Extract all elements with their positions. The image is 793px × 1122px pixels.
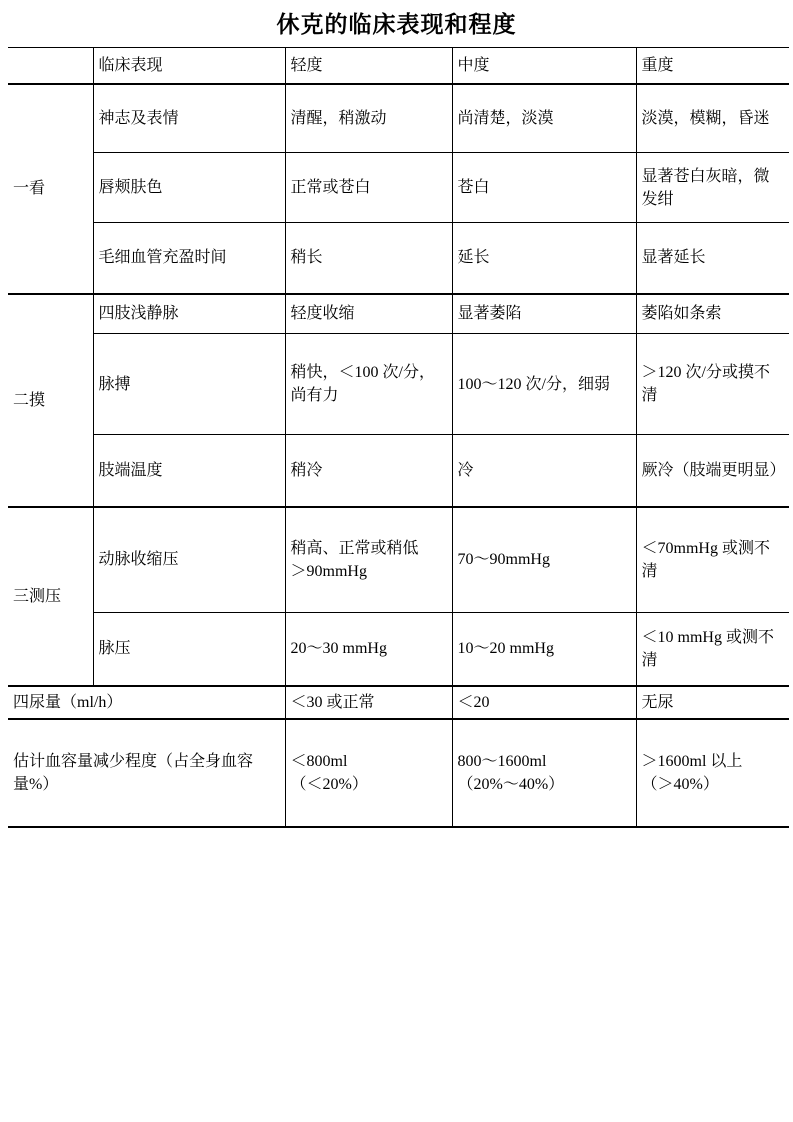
label-cell: 脉压 xyxy=(93,613,285,686)
table-row: 肢端温度 稍冷 冷 厥冷（肢端更明显） xyxy=(8,435,789,507)
value-cell-mild: 稍长 xyxy=(285,223,452,294)
label-cell: 四尿量（ml/h） xyxy=(8,686,285,719)
header-cell-group xyxy=(8,48,93,84)
urine-output-row: 四尿量（ml/h） ＜30 或正常 ＜20 无尿 xyxy=(8,686,789,719)
value-cell-severe: 淡漠，模糊，昏迷 xyxy=(636,84,789,153)
header-cell-moderate: 中度 xyxy=(452,48,636,84)
table-row: 毛细血管充盈时间 稍长 延长 显著延长 xyxy=(8,223,789,294)
group-cell-sanceya: 三测压 xyxy=(8,507,93,686)
table-row: 脉压 20～30 mmHg 10～20 mmHg ＜10 mmHg 或测不清 xyxy=(8,613,789,686)
value-cell-mild: 20～30 mmHg xyxy=(285,613,452,686)
label-cell: 脉搏 xyxy=(93,334,285,435)
value-cell-mild: 稍快，＜100 次/分， 尚有力 xyxy=(285,334,452,435)
value-cell-severe: 萎陷如条索 xyxy=(636,294,789,334)
blood-volume-row: 估计血容量减少程度（占全身血容量%） ＜800ml （＜20%） 800～160… xyxy=(8,719,789,827)
table-row: 二摸 四肢浅静脉 轻度收缩 显著萎陷 萎陷如条索 xyxy=(8,294,789,334)
label-cell: 估计血容量减少程度（占全身血容量%） xyxy=(8,719,285,827)
value-cell-moderate: 100～120 次/分，细弱 xyxy=(452,334,636,435)
value-cell-mild: 稍冷 xyxy=(285,435,452,507)
value-cell-mild: ＜30 或正常 xyxy=(285,686,452,719)
label-cell: 四肢浅静脉 xyxy=(93,294,285,334)
value-cell-mild: 清醒，稍激动 xyxy=(285,84,452,153)
table-row: 脉搏 稍快，＜100 次/分， 尚有力 100～120 次/分，细弱 ＞120 … xyxy=(8,334,789,435)
value-cell-mild: 稍高、正常或稍低 ＞90mmHg xyxy=(285,507,452,613)
header-row: 临床表现 轻度 中度 重度 xyxy=(8,48,789,84)
value-cell-moderate: ＜20 xyxy=(452,686,636,719)
group-cell-yikan: 一看 xyxy=(8,84,93,294)
value-cell-severe: 显著苍白灰暗，微发绀 xyxy=(636,153,789,223)
value-cell-moderate: 延长 xyxy=(452,223,636,294)
value-cell-moderate: 10～20 mmHg xyxy=(452,613,636,686)
value-cell-severe: ＞120 次/分或摸不清 xyxy=(636,334,789,435)
value-cell-severe: ＜10 mmHg 或测不清 xyxy=(636,613,789,686)
value-cell-moderate: 显著萎陷 xyxy=(452,294,636,334)
label-cell: 毛细血管充盈时间 xyxy=(93,223,285,294)
header-cell-mild: 轻度 xyxy=(285,48,452,84)
value-cell-moderate: 尚清楚，淡漠 xyxy=(452,84,636,153)
value-cell-severe: 厥冷（肢端更明显） xyxy=(636,435,789,507)
table-row: 一看 神志及表情 清醒，稍激动 尚清楚，淡漠 淡漠，模糊，昏迷 xyxy=(8,84,789,153)
value-cell-severe: 无尿 xyxy=(636,686,789,719)
header-cell-clinical: 临床表现 xyxy=(93,48,285,84)
value-cell-moderate: 冷 xyxy=(452,435,636,507)
value-cell-severe: 显著延长 xyxy=(636,223,789,294)
label-cell: 神志及表情 xyxy=(93,84,285,153)
header-cell-severe: 重度 xyxy=(636,48,789,84)
value-cell-moderate: 70～90mmHg xyxy=(452,507,636,613)
value-cell-mild: ＜800ml （＜20%） xyxy=(285,719,452,827)
shock-table: 临床表现 轻度 中度 重度 一看 神志及表情 清醒，稍激动 尚清楚，淡漠 淡漠，… xyxy=(8,47,789,828)
table-row: 三测压 动脉收缩压 稍高、正常或稍低 ＞90mmHg 70～90mmHg ＜70… xyxy=(8,507,789,613)
page-title: 休克的临床表现和程度 xyxy=(0,11,793,38)
label-cell: 肢端温度 xyxy=(93,435,285,507)
group-cell-ermo: 二摸 xyxy=(8,294,93,507)
value-cell-severe: ＞1600ml 以上 （＞40%） xyxy=(636,719,789,827)
value-cell-severe: ＜70mmHg 或测不清 xyxy=(636,507,789,613)
value-cell-mild: 轻度收缩 xyxy=(285,294,452,334)
table-row: 唇颊肤色 正常或苍白 苍白 显著苍白灰暗，微发绀 xyxy=(8,153,789,223)
label-cell: 动脉收缩压 xyxy=(93,507,285,613)
value-cell-moderate: 苍白 xyxy=(452,153,636,223)
value-cell-moderate: 800～1600ml （20%～40%） xyxy=(452,719,636,827)
value-cell-mild: 正常或苍白 xyxy=(285,153,452,223)
label-cell: 唇颊肤色 xyxy=(93,153,285,223)
